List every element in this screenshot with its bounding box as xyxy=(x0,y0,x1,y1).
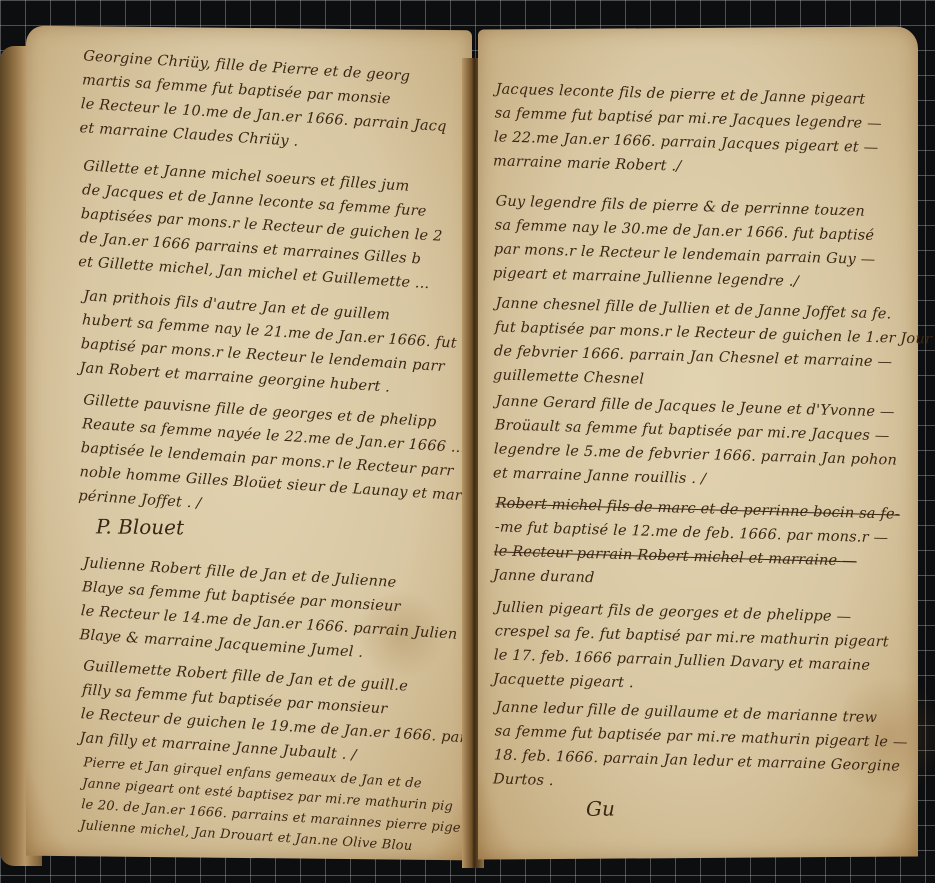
left-page: Georgine Chriüy, fille de Pierre et de g… xyxy=(26,26,472,861)
baptism-entry: Georgine Chriüy, fille de Pierre et de g… xyxy=(79,44,464,164)
open-register-book: Georgine Chriüy, fille de Pierre et de g… xyxy=(0,28,928,878)
baptism-entry: Janne ledur fille de guillaume et de mar… xyxy=(493,695,906,802)
baptism-entry: Jullien pigeart fils de georges et de ph… xyxy=(493,595,906,702)
right-page: Jacques leconte fils de pierre et de Jan… xyxy=(478,26,918,859)
baptism-entry: Janne Gerard fille de Jacques le Jeune e… xyxy=(493,389,906,496)
priest-signature: Gu xyxy=(586,797,615,821)
baptism-entry: Jacques leconte fils de pierre et de Jan… xyxy=(493,77,906,184)
baptism-entry: Guy legendre fils de pierre & de perrinn… xyxy=(493,189,906,296)
baptism-entry: Robert michel fils de marc et de perrinn… xyxy=(493,491,906,598)
baptism-entry: Jan prithois fils d'autre Jan et de guil… xyxy=(79,284,464,404)
baptism-entry: Janne chesnel fille de Jullien et de Jan… xyxy=(493,291,906,398)
baptism-entry: Gillette et Janne michel soeurs et fille… xyxy=(78,154,464,298)
priest-signature: P. Blouet xyxy=(96,514,184,539)
baptism-entry: Julienne Robert fille de Jan et de Julie… xyxy=(79,551,464,671)
baptism-entry: Gillette pauvisne fille de georges et de… xyxy=(78,388,464,532)
